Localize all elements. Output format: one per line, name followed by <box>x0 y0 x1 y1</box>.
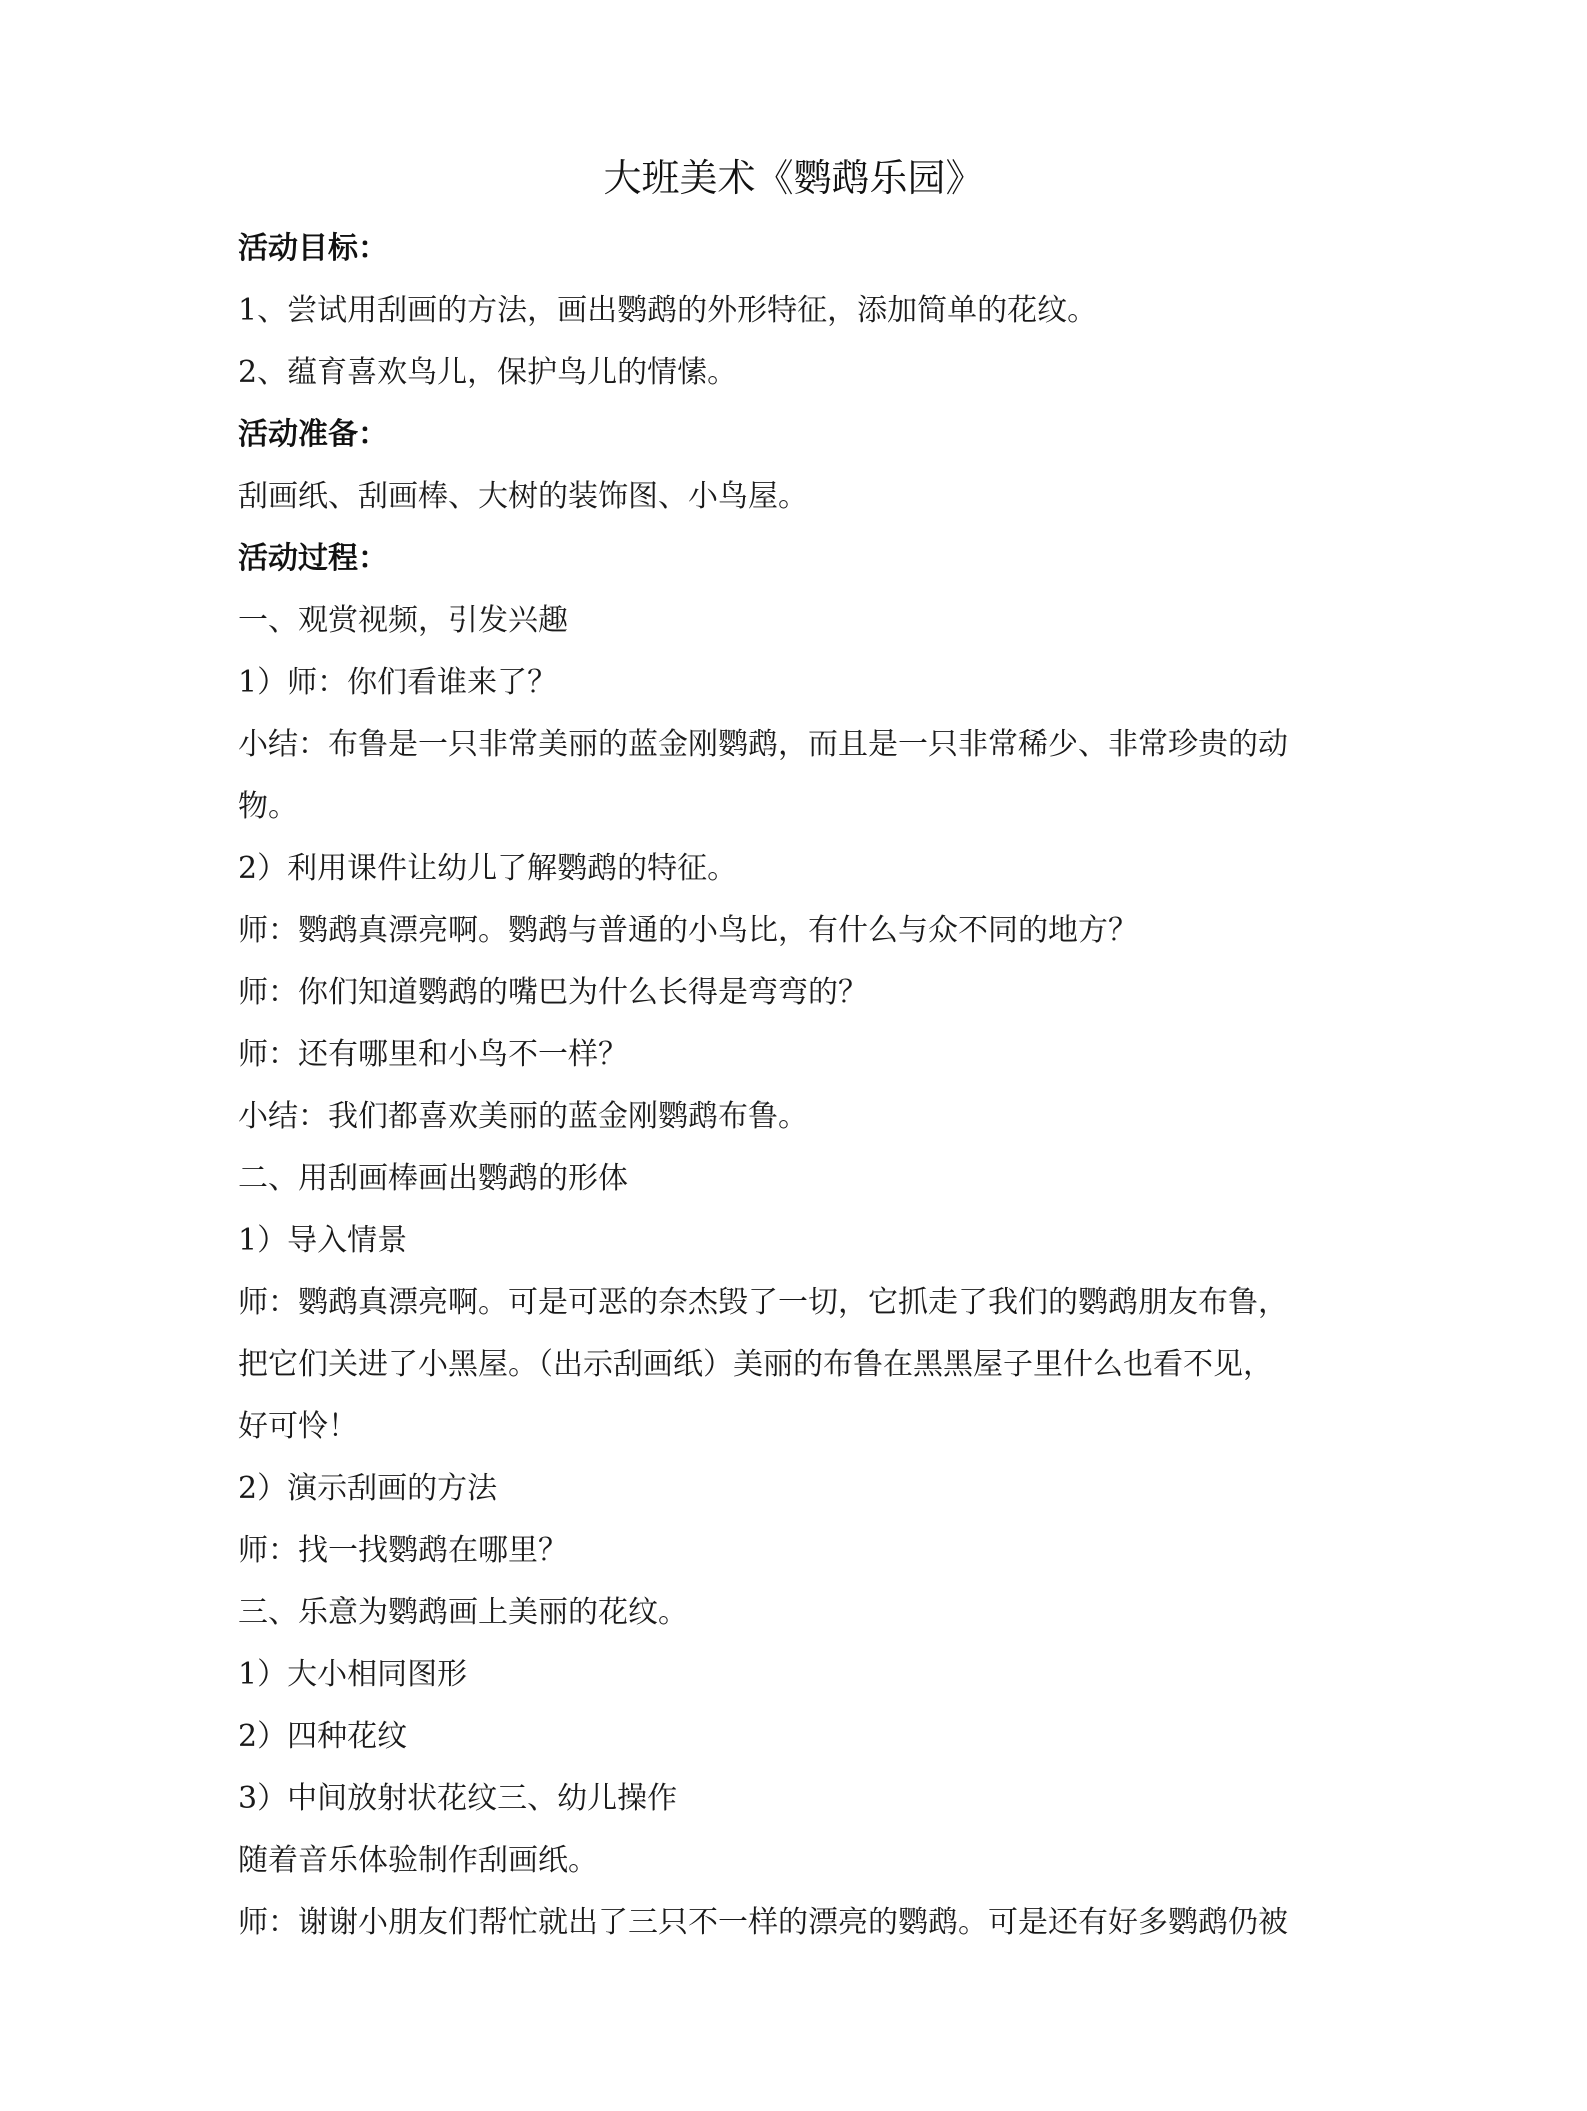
paragraph-line: 2、蕴育喜欢鸟儿，保护鸟儿的情愫。 <box>238 347 1358 409</box>
paragraph-line: 三、乐意为鹦鹉画上美丽的花纹。 <box>238 1587 1358 1649</box>
document-title: 大班美术《鹦鹉乐园》 <box>0 152 1587 204</box>
paragraph-line: 师：找一找鹦鹉在哪里？ <box>238 1525 1358 1587</box>
paragraph-line: 师：鹦鹉真漂亮啊。可是可恶的奈杰毁了一切，它抓走了我们的鹦鹉朋友布鲁， <box>238 1277 1358 1339</box>
paragraph-line: 好可怜！ <box>238 1401 1358 1463</box>
paragraph-line: 2）演示刮画的方法 <box>238 1463 1358 1525</box>
paragraph-line: 随着音乐体验制作刮画纸。 <box>238 1835 1358 1897</box>
paragraph-line: 一、观赏视频，引发兴趣 <box>238 595 1358 657</box>
paragraph-line: 刮画纸、刮画棒、大树的装饰图、小鸟屋。 <box>238 471 1358 533</box>
paragraph-line: 师：你们知道鹦鹉的嘴巴为什么长得是弯弯的？ <box>238 967 1358 1029</box>
paragraph-line: 2）四种花纹 <box>238 1711 1358 1773</box>
paragraph-line: 把它们关进了小黑屋。（出示刮画纸）美丽的布鲁在黑黑屋子里什么也看不见， <box>238 1339 1358 1401</box>
paragraph-line: 小结：我们都喜欢美丽的蓝金刚鹦鹉布鲁。 <box>238 1091 1358 1153</box>
paragraph-line: 1）师：你们看谁来了？ <box>238 657 1358 719</box>
paragraph-line: 师：谢谢小朋友们帮忙就出了三只不一样的漂亮的鹦鹉。可是还有好多鹦鹉仍被 <box>238 1897 1358 1959</box>
paragraph-line: 小结：布鲁是一只非常美丽的蓝金刚鹦鹉，而且是一只非常稀少、非常珍贵的动 <box>238 719 1358 781</box>
paragraph-line: 师：还有哪里和小鸟不一样？ <box>238 1029 1358 1091</box>
paragraph-line: 物。 <box>238 781 1358 843</box>
paragraph-line: 3）中间放射状花纹三、幼儿操作 <box>238 1773 1358 1835</box>
section-heading: 活动过程： <box>238 533 1358 595</box>
paragraph-line: 2）利用课件让幼儿了解鹦鹉的特征。 <box>238 843 1358 905</box>
paragraph-line: 师：鹦鹉真漂亮啊。鹦鹉与普通的小鸟比，有什么与众不同的地方？ <box>238 905 1358 967</box>
paragraph-line: 二、用刮画棒画出鹦鹉的形体 <box>238 1153 1358 1215</box>
paragraph-line: 1）导入情景 <box>238 1215 1358 1277</box>
section-heading: 活动目标： <box>238 223 1358 285</box>
paragraph-line: 1）大小相同图形 <box>238 1649 1358 1711</box>
document-page: 大班美术《鹦鹉乐园》 活动目标：1、尝试用刮画的方法，画出鹦鹉的外形特征，添加简… <box>0 0 1587 2111</box>
paragraph-line: 1、尝试用刮画的方法，画出鹦鹉的外形特征，添加简单的花纹。 <box>238 285 1358 347</box>
section-heading: 活动准备： <box>238 409 1358 471</box>
document-body: 活动目标：1、尝试用刮画的方法，画出鹦鹉的外形特征，添加简单的花纹。2、蕴育喜欢… <box>238 223 1358 1959</box>
